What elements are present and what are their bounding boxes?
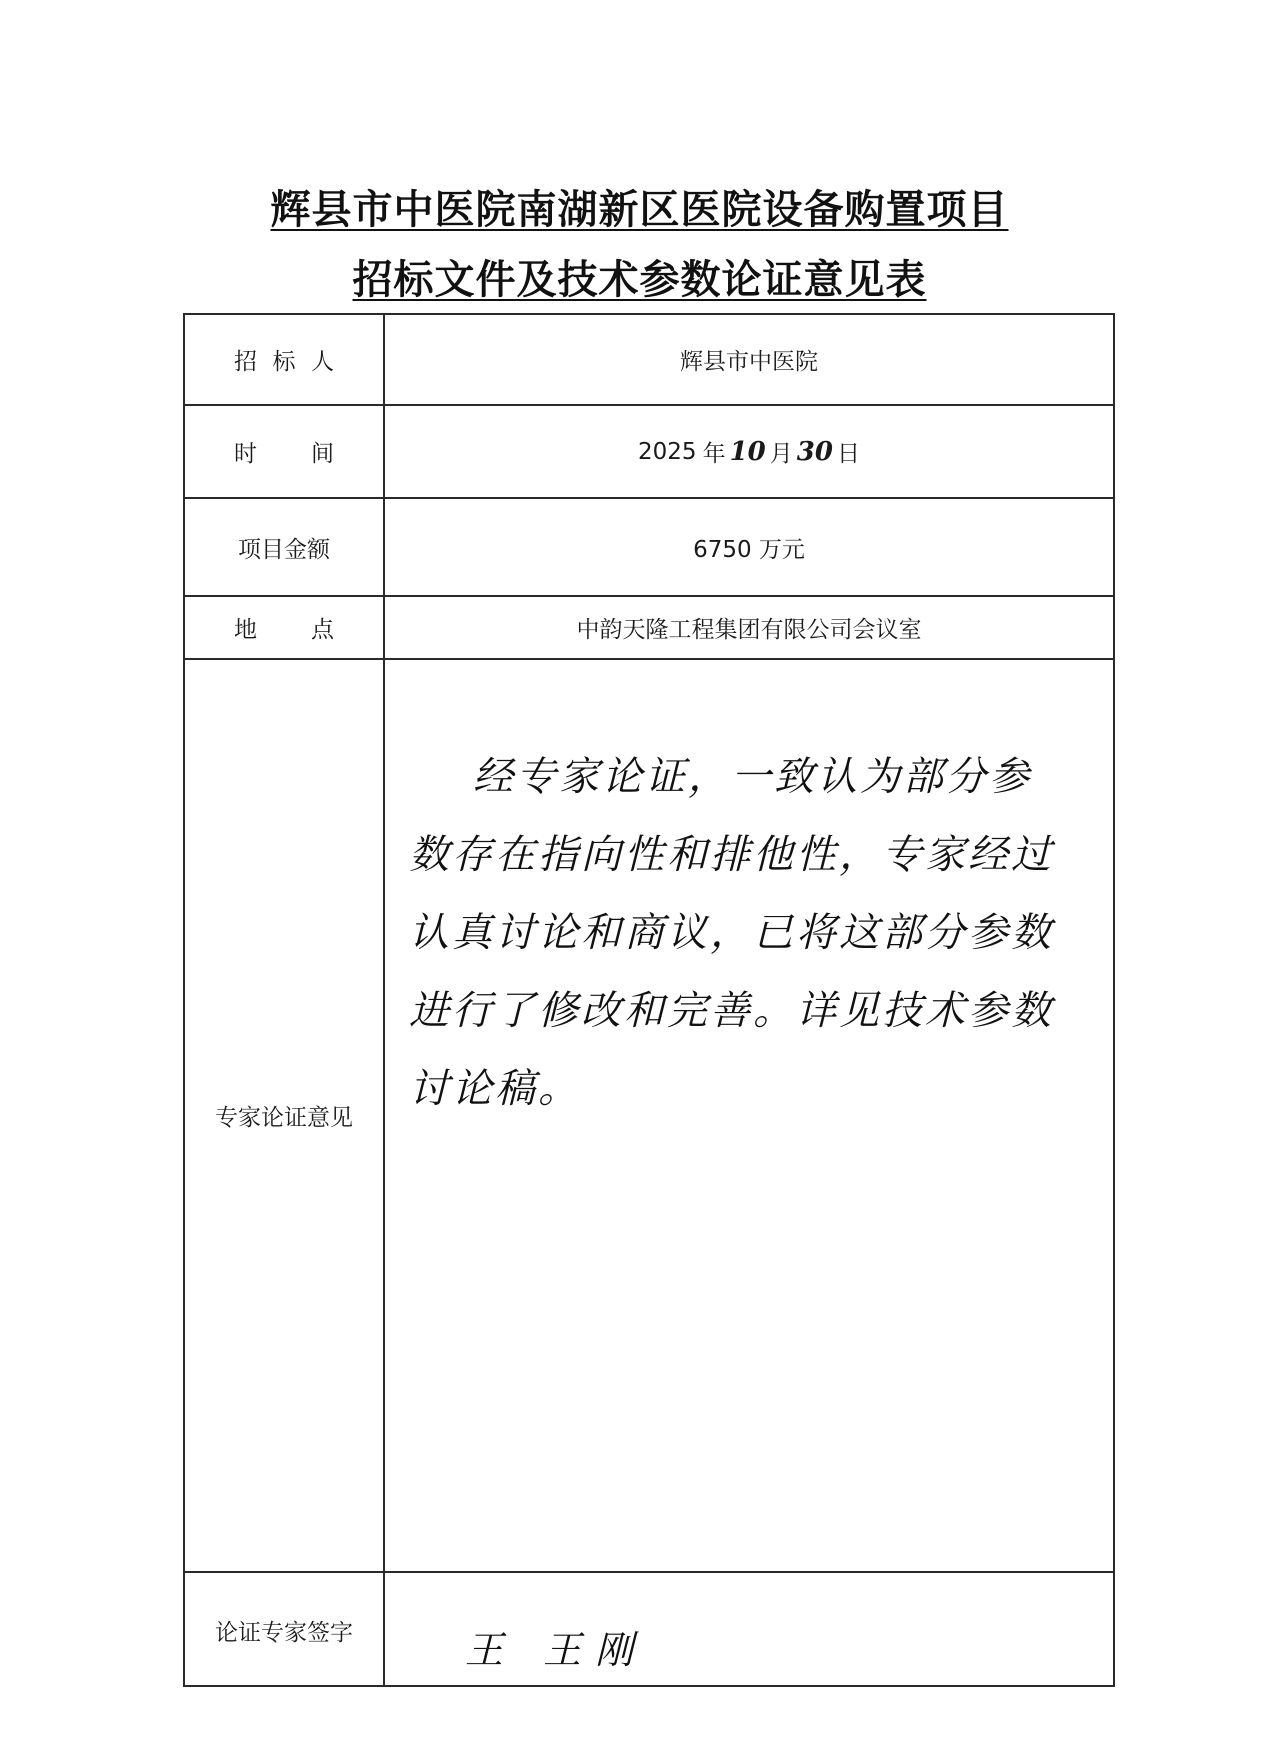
title-text-2: 招标文件及技术参数论证意见表 [353,256,927,303]
amount-label: 项目金额 [185,499,385,595]
label-char: 点 [311,611,334,644]
tenderer-value: 辉县市中医院 [385,315,1113,404]
time-value: 2025 年 10 月 30 日 [385,406,1113,497]
row-location: 地 点 中韵天隆工程集团有限公司会议室 [185,597,1113,660]
year-value: 2025 [638,439,697,465]
opinion-form-table: 招 标 人 辉县市中医院 时 间 2025 年 10 月 30 日 项目金额 6… [183,313,1115,1687]
signature-cell: 王 王刚 [385,1573,1113,1687]
month-unit: 月 [770,435,793,468]
expert-opinion-label: 专家论证意见 [185,660,385,1571]
expert-signature: 王 王刚 [465,1619,647,1674]
row-amount: 项目金额 6750 万元 [185,499,1113,597]
document-title-line-1: 辉县市中医院南湖新区医院设备购置项目 [0,178,1279,235]
label-char: 标 [273,343,296,376]
row-time: 时 间 2025 年 10 月 30 日 [185,406,1113,499]
location-label: 地 点 [185,597,385,658]
label-char: 地 [234,611,257,644]
location-value: 中韵天隆工程集团有限公司会议室 [385,597,1113,658]
tenderer-label: 招 标 人 [185,315,385,404]
row-tenderer: 招 标 人 辉县市中医院 [185,315,1113,406]
document-title-line-2: 招标文件及技术参数论证意见表 [0,248,1279,305]
row-expert-opinion: 专家论证意见 经专家论证，一致认为部分参数存在指向性和排他性，专家经过认真讨论和… [185,660,1113,1573]
day-unit: 日 [837,435,860,468]
time-label: 时 间 [185,406,385,497]
label-char: 间 [311,435,334,468]
expert-opinion-handwritten-text: 经专家论证，一致认为部分参数存在指向性和排他性，专家经过认真讨论和商议，已将这部… [409,738,1073,1128]
label-char: 人 [311,343,334,376]
label-char: 招 [234,343,257,376]
year-unit: 年 [703,435,726,468]
row-signature: 论证专家签字 王 王刚 [185,1573,1113,1687]
expert-opinion-cell: 经专家论证，一致认为部分参数存在指向性和排他性，专家经过认真讨论和商议，已将这部… [385,660,1113,1571]
title-text-1: 辉县市中医院南湖新区医院设备购置项目 [271,186,1009,233]
month-handwritten: 10 [730,437,766,467]
amount-value: 6750 万元 [385,499,1113,595]
day-handwritten: 30 [797,437,833,467]
signature-label: 论证专家签字 [185,1573,385,1687]
label-char: 时 [234,435,257,468]
